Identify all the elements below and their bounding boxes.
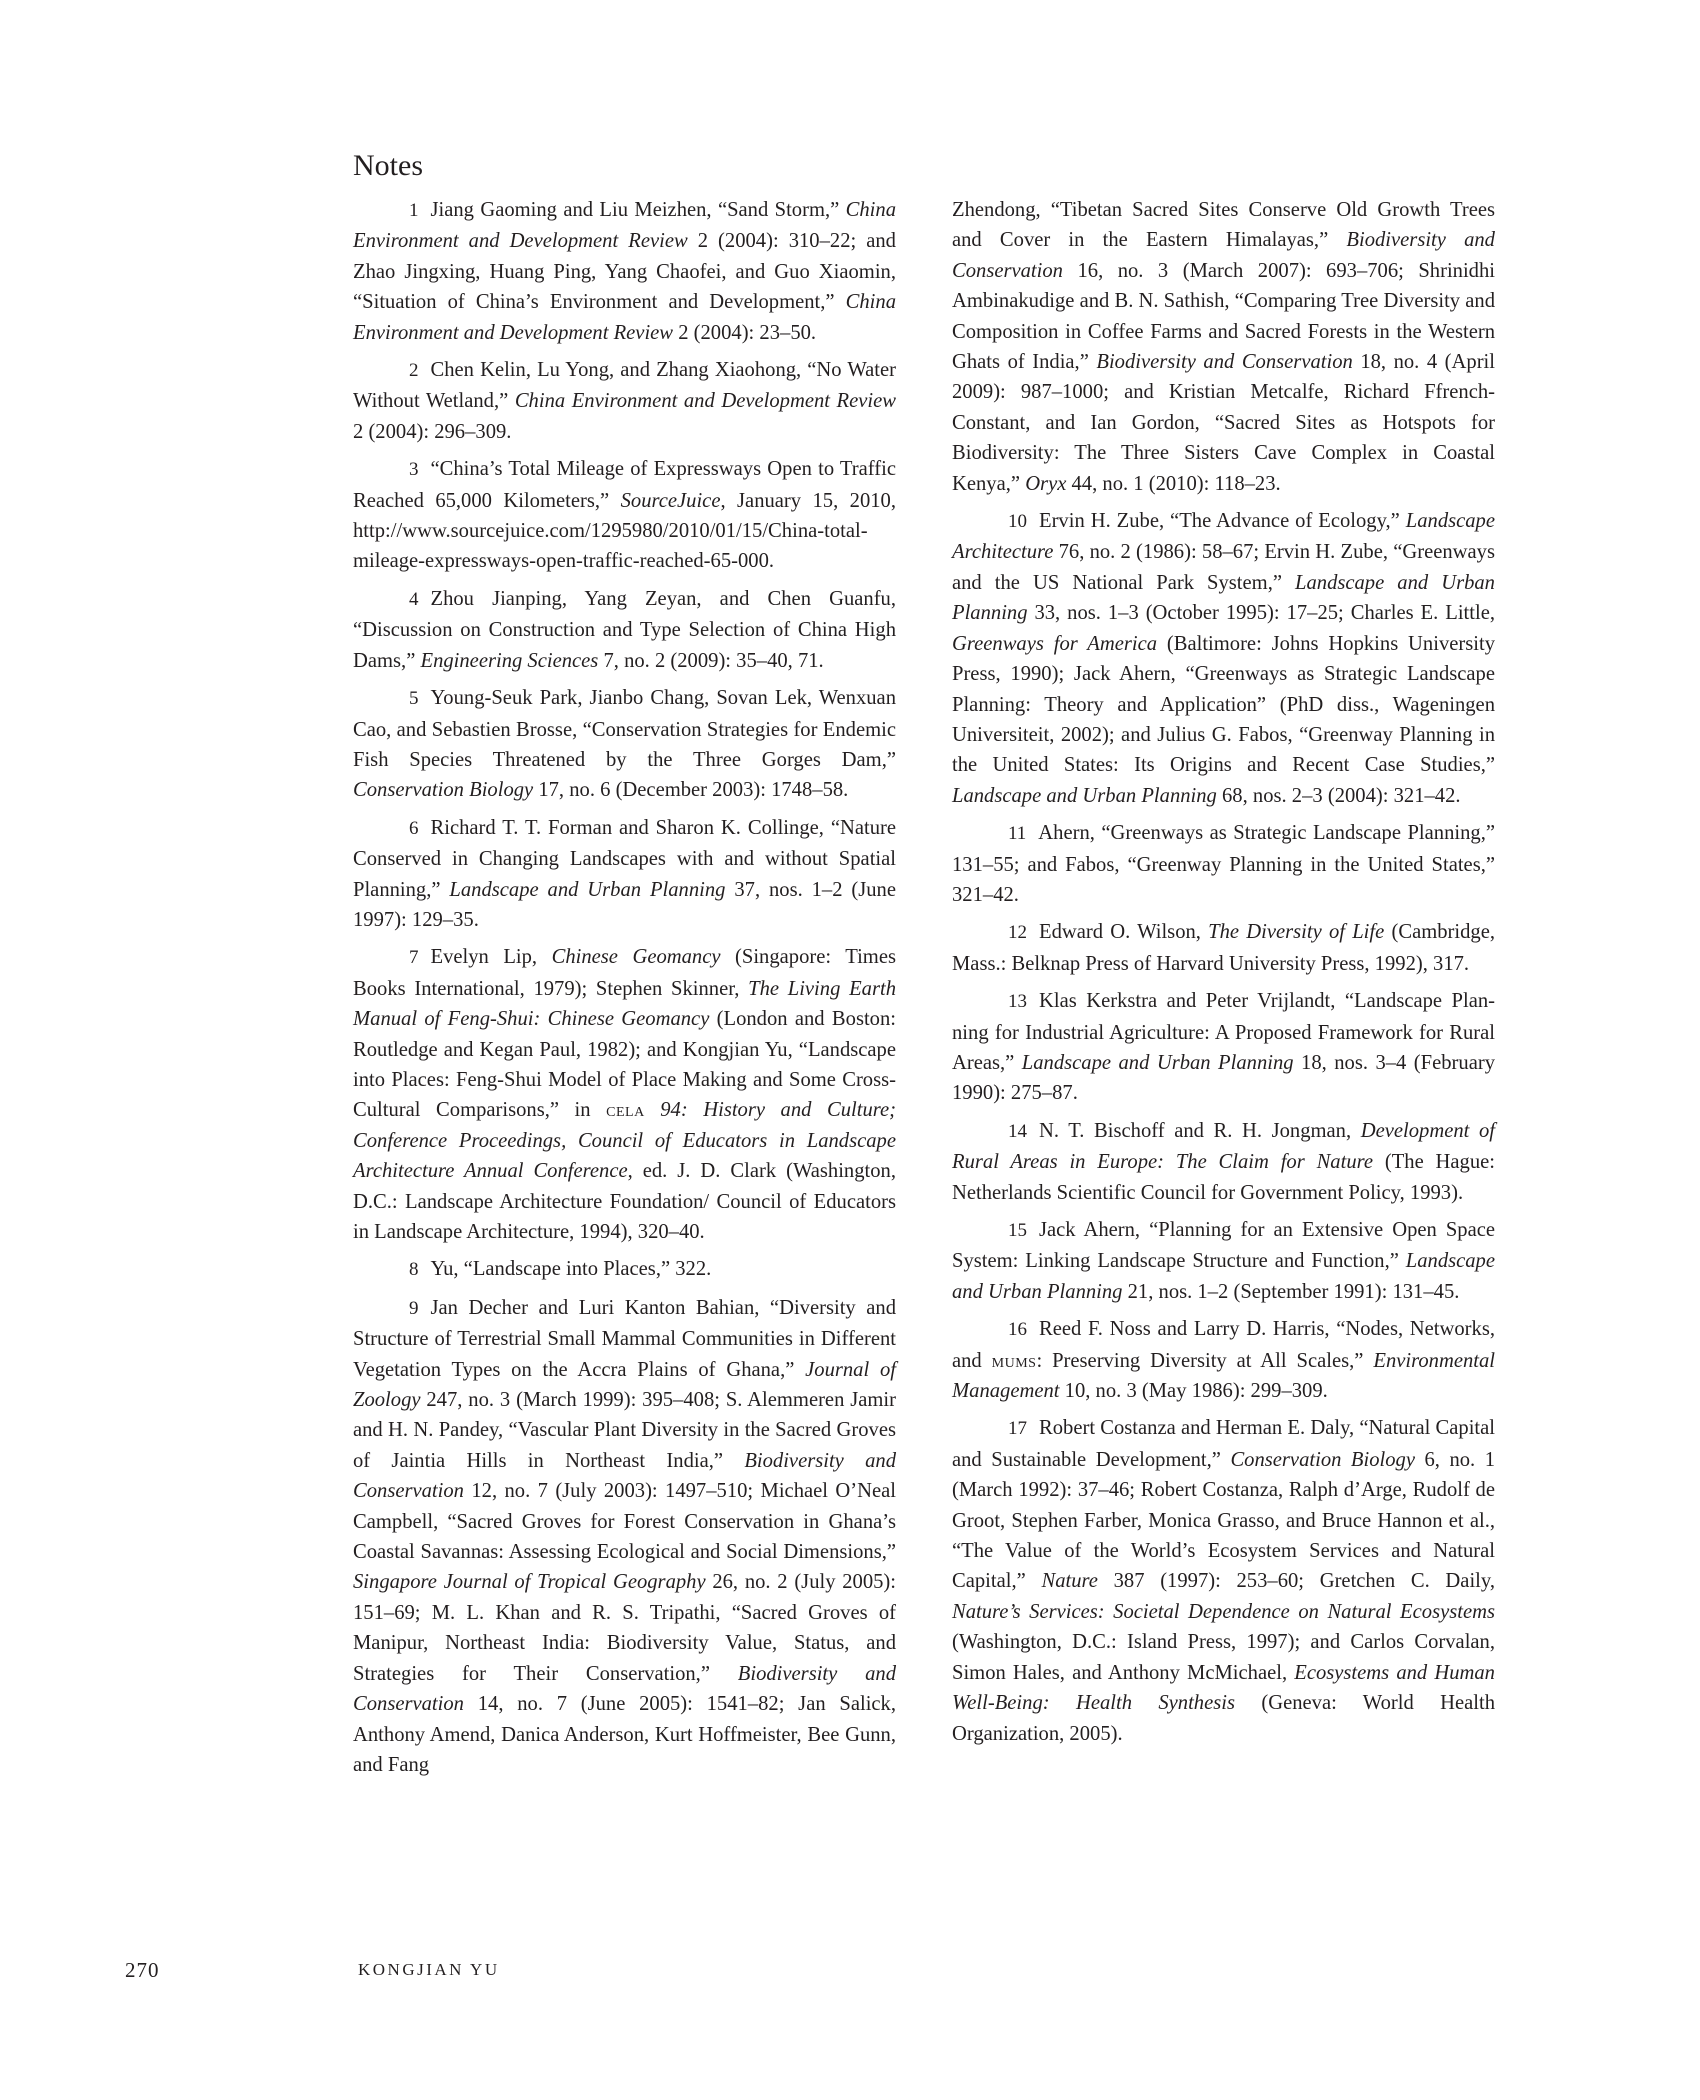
page-number: 270 (125, 1958, 160, 1983)
citation-text: Yu, “Landscape into Places,” 322. (431, 1258, 712, 1280)
citation-text: Ahern, “Greenways as Strategic Landscape… (952, 822, 1495, 906)
notes-column-left: 1Jiang Gaoming and Liu Meizhen, “Sand St… (353, 195, 896, 1787)
citation-title: Conservation Biology (1230, 1449, 1415, 1471)
citation-text: 17, no. 6 (December 2003): 1748–58. (533, 779, 848, 801)
running-head-author: KONGJIAN YU (358, 1960, 500, 1980)
note-number: 11 (980, 819, 1026, 849)
citation-text: Evelyn Lip, (431, 946, 552, 968)
note-15: 15Jack Ahern, “Planning for an Extensive… (952, 1215, 1495, 1307)
note-14: 14N. T. Bischoff and R. H. Jongman, Deve… (952, 1116, 1495, 1208)
note-6: 6Richard T. T. Forman and Sharon K. Coll… (353, 813, 896, 936)
citation-text: Ervin H. Zube, “The Advance of Ecology,” (1039, 510, 1406, 532)
note-number: 4 (381, 585, 419, 615)
note-12: 12Edward O. Wilson, The Diversity of Lif… (952, 917, 1495, 979)
citation-title: Oryx (1025, 473, 1066, 495)
citation-text: 68, nos. 2–3 (2004): 321–42. (1217, 785, 1461, 807)
citation-title: The Diversity of Life (1208, 921, 1384, 943)
citation-title: SourceJuice (621, 490, 721, 512)
citation-text: 21, nos. 1–2 (September 1991): 131–45. (1122, 1281, 1459, 1303)
citation-title: Landscape and Urban Planning (952, 785, 1217, 807)
note-number: 7 (381, 943, 419, 973)
citation-text: 7, no. 2 (2009): 35–40, 71. (598, 650, 823, 672)
citation-title: Singapore Journal of Tropical Geography (353, 1571, 706, 1593)
note-number: 15 (980, 1216, 1027, 1246)
citation-text: 10, no. 3 (May 1986): 299–309. (1060, 1380, 1328, 1402)
citation-title: Nature (1041, 1570, 1097, 1592)
citation-text: : Preserving Diversity at All Scales,” (1036, 1350, 1373, 1372)
citation-title: Chinese Geomancy (552, 946, 721, 968)
note-9: 9Jan Decher and Luri Kanton Bahian, “Div… (353, 1293, 896, 1781)
note-number: 17 (980, 1414, 1027, 1444)
citation-text: 2 (2004): 23–50. (673, 322, 816, 344)
note-10: 10Ervin H. Zube, “The Advance of Ecology… (952, 506, 1495, 811)
note-13: 13Klas Kerkstra and Peter Vrijlandt, “La… (952, 986, 1495, 1109)
note-number: 8 (381, 1255, 419, 1285)
note-number: 16 (980, 1315, 1027, 1345)
note-16: 16Reed F. Noss and Larry D. Harris, “Nod… (952, 1314, 1495, 1406)
note-number: 12 (980, 918, 1027, 948)
citation-text: 2 (2004): 296–309. (353, 421, 511, 443)
note-number: 14 (980, 1117, 1027, 1147)
note-11: 11Ahern, “Greenways as Strategic Landsca… (952, 818, 1495, 910)
citation-title: Landscape and Urban Planning (449, 879, 725, 901)
citation-text: CELA (606, 1099, 645, 1121)
note-7: 7Evelyn Lip, Chinese Geomancy (Singapore… (353, 942, 896, 1247)
note-number: 2 (381, 356, 419, 386)
notes-column-right: Zhendong, “Tibetan Sacred Sites Conserve… (952, 195, 1495, 1756)
citation-title: Landscape and Urban Planning (1022, 1052, 1294, 1074)
note-number: 13 (980, 987, 1027, 1017)
citation-text: MUMS (992, 1350, 1037, 1372)
citation-text: 44, no. 1 (2010): 118–23. (1066, 473, 1280, 495)
citation-title: Nature’s Services: Societal Dependence o… (952, 1601, 1495, 1623)
note-number: 9 (381, 1294, 419, 1324)
note-number: 5 (381, 684, 419, 714)
note-3: 3“China’s Total Mileage of Expressways O… (353, 454, 896, 577)
note-2: 2Chen Kelin, Lu Yong, and Zhang Xiaohong… (353, 355, 896, 447)
note-number: 6 (381, 814, 419, 844)
note-number: 1 (381, 196, 419, 226)
note-4: 4Zhou Jianping, Yang Zeyan, and Chen Gua… (353, 584, 896, 676)
note-5: 5Young-Seuk Park, Jianbo Chang, Sovan Le… (353, 683, 896, 806)
citation-title: Engineering Sciences (420, 650, 598, 672)
note-17: 17Robert Costanza and Herman E. Daly, “N… (952, 1413, 1495, 1748)
citation-text: N. T. Bischoff and R. H. Jongman, (1039, 1120, 1361, 1142)
note-number: 3 (381, 455, 419, 485)
section-heading-notes: Notes (353, 148, 423, 184)
note-number: 10 (980, 507, 1027, 537)
citation-title: China Environment and Deve­lopment Revie… (515, 390, 896, 412)
citation-title: Greenways for America (952, 633, 1157, 655)
citation-text: 33, nos. 1–3 (October 1995): 17–25; Char… (1028, 602, 1495, 624)
citation-text: Young-Seuk Park, Jianbo Chang, Sovan Lek… (353, 687, 896, 771)
citation-text: 387 (1997): 253–60; Gretchen C. Daily, (1098, 1570, 1495, 1592)
citation-title: Conservation Biology (353, 779, 533, 801)
citation-text: Edward O. Wilson, (1039, 921, 1208, 943)
note-continued: Zhendong, “Tibetan Sacred Sites Conserve… (952, 195, 1495, 499)
note-8: 8Yu, “Landscape into Places,” 322. (353, 1254, 896, 1285)
note-1: 1Jiang Gaoming and Liu Meizhen, “Sand St… (353, 195, 896, 348)
citation-title: Biodiversity and Conservation (1096, 351, 1352, 373)
citation-text: Jiang Gaoming and Liu Meizhen, “Sand Sto… (431, 199, 846, 221)
